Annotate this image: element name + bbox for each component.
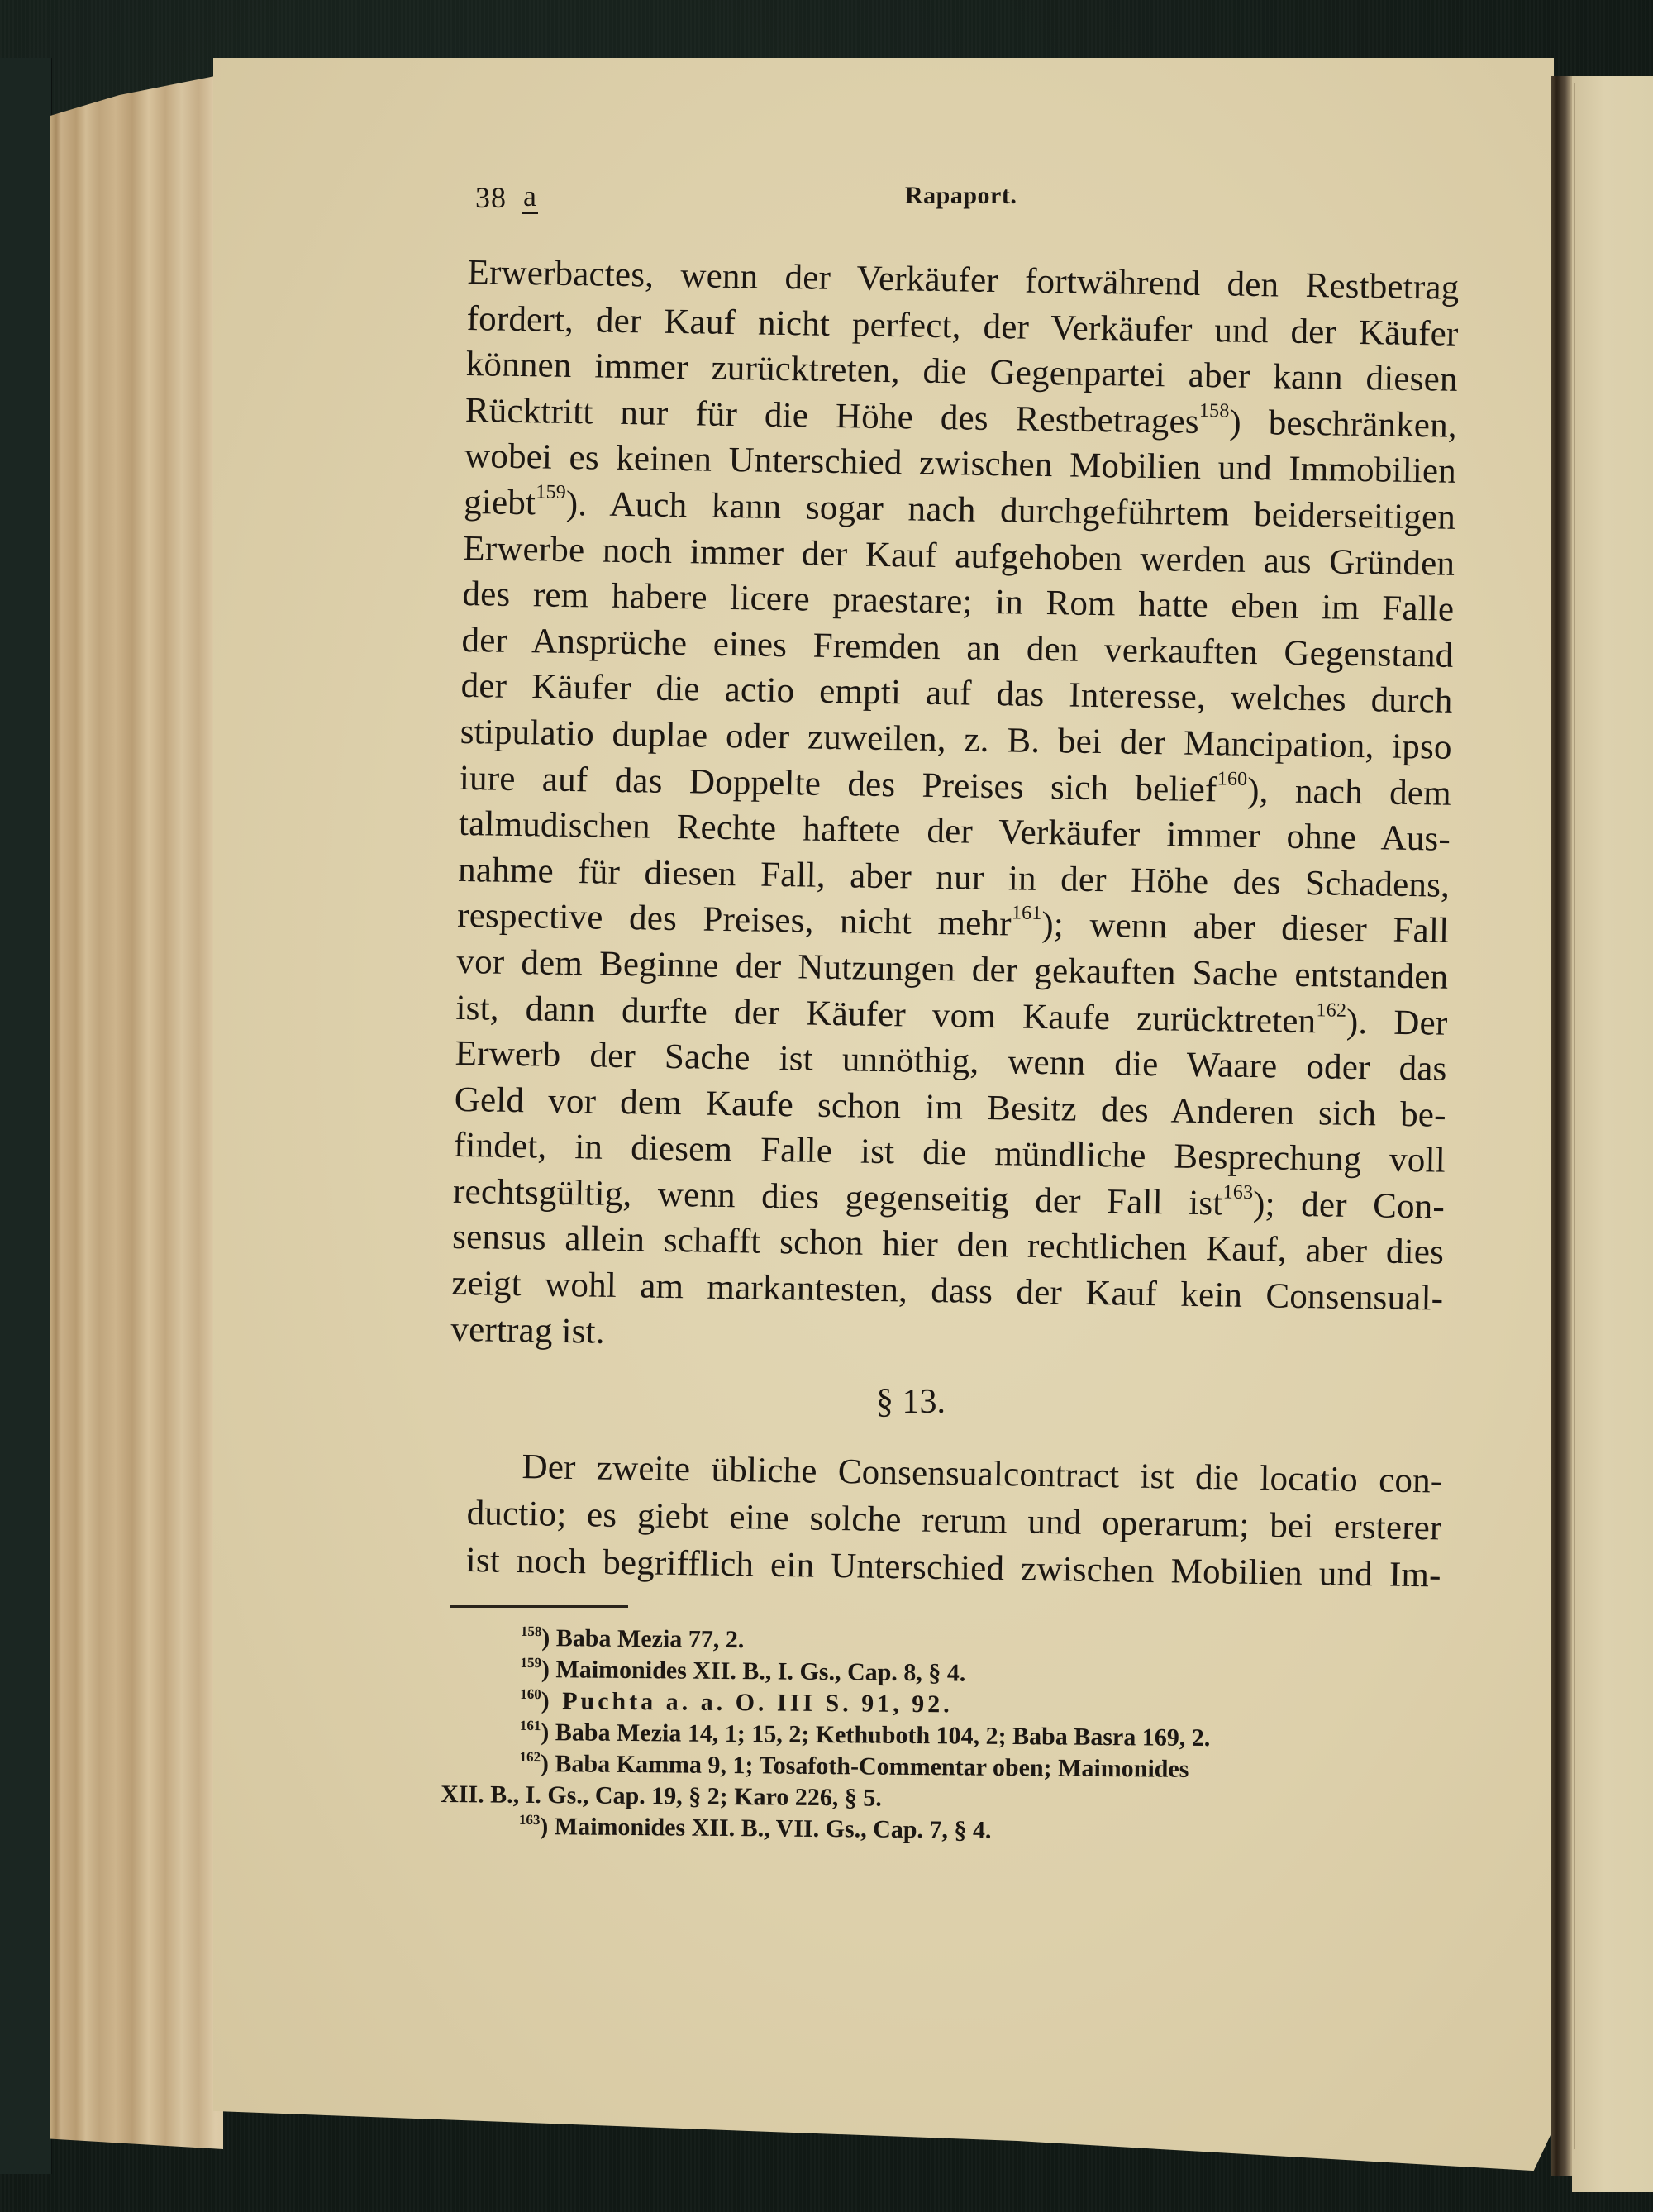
text-segment: ); wenn aber dieser Fall bbox=[1041, 905, 1450, 951]
running-head: 38 a Rapaport. bbox=[475, 180, 1451, 222]
footnote-number: 160 bbox=[520, 1686, 541, 1702]
footnote-ref[interactable]: 161 bbox=[1012, 903, 1042, 925]
footnote-ref[interactable]: 158 bbox=[1199, 400, 1230, 422]
page-edges-stack bbox=[50, 74, 223, 2149]
footnote-text: ) Baba Kamma 9, 1; Tosafoth-Commentar ob… bbox=[541, 1750, 1189, 1783]
footnote-number: 162 bbox=[519, 1749, 541, 1765]
footnote-text: ) Baba Mezia 14, 1; 15, 2; Kethuboth 104… bbox=[541, 1719, 1210, 1752]
section-heading: § 13. bbox=[876, 1382, 946, 1422]
facing-page-edge bbox=[1572, 76, 1653, 2192]
footnote-ref[interactable]: 163 bbox=[1223, 1181, 1254, 1204]
page-suffix: a bbox=[522, 180, 538, 214]
footnote-text: ) Puchta a. a. O. III S. 91, 92. bbox=[541, 1687, 953, 1718]
text-segment: ), nach dem bbox=[1247, 770, 1451, 813]
text-segment: ). Der bbox=[1346, 1002, 1448, 1042]
page-number: 38 bbox=[475, 180, 507, 215]
footnote-number: 159 bbox=[520, 1655, 541, 1671]
text-segment: iure auf das Doppelte des Preises sich b… bbox=[460, 758, 1217, 808]
facing-page-crease bbox=[1574, 83, 1575, 2149]
text-segment: rechtsgültig, wenn dies gegenseitig der … bbox=[453, 1172, 1223, 1223]
footnotes: 158) Baba Mezia 77, 2. 159) Maimonides X… bbox=[441, 1622, 1442, 1851]
text-segment: ) beschränken, bbox=[1229, 403, 1457, 445]
running-title: Rapaport. bbox=[905, 182, 1017, 210]
book-binding-left bbox=[0, 58, 52, 2174]
section-body-text: Der zweite übliche Consensualcontract is… bbox=[465, 1442, 1443, 1599]
footnote-ref[interactable]: 162 bbox=[1316, 999, 1346, 1022]
footnote-ref[interactable]: 159 bbox=[536, 481, 566, 503]
footnote-text: ) Maimonides XII. B., I. Gs., Cap. 8, § … bbox=[541, 1656, 966, 1686]
footnote-number: 163 bbox=[519, 1812, 541, 1828]
footnote-number: 158 bbox=[521, 1623, 542, 1639]
footnote-text: ) Baba Mezia 77, 2. bbox=[541, 1624, 744, 1653]
body-text: Erwerbactes, wenn der Verkäufer fortwähr… bbox=[450, 250, 1460, 1368]
text-segment: Rücktritt nur für die Höhe des Restbetra… bbox=[465, 391, 1200, 441]
footnote-number: 161 bbox=[520, 1718, 541, 1733]
text-segment: ); der Con- bbox=[1253, 1185, 1446, 1227]
book-gutter bbox=[1551, 76, 1572, 2176]
text-segment: giebt bbox=[464, 483, 536, 522]
footnote-divider bbox=[450, 1605, 628, 1608]
footnote-ref[interactable]: 160 bbox=[1217, 768, 1248, 790]
text-segment: respective des Preises, nicht mehr bbox=[457, 896, 1012, 944]
footnote-text: ) Maimonides XII. B., VII. Gs., Cap. 7, … bbox=[540, 1813, 991, 1844]
